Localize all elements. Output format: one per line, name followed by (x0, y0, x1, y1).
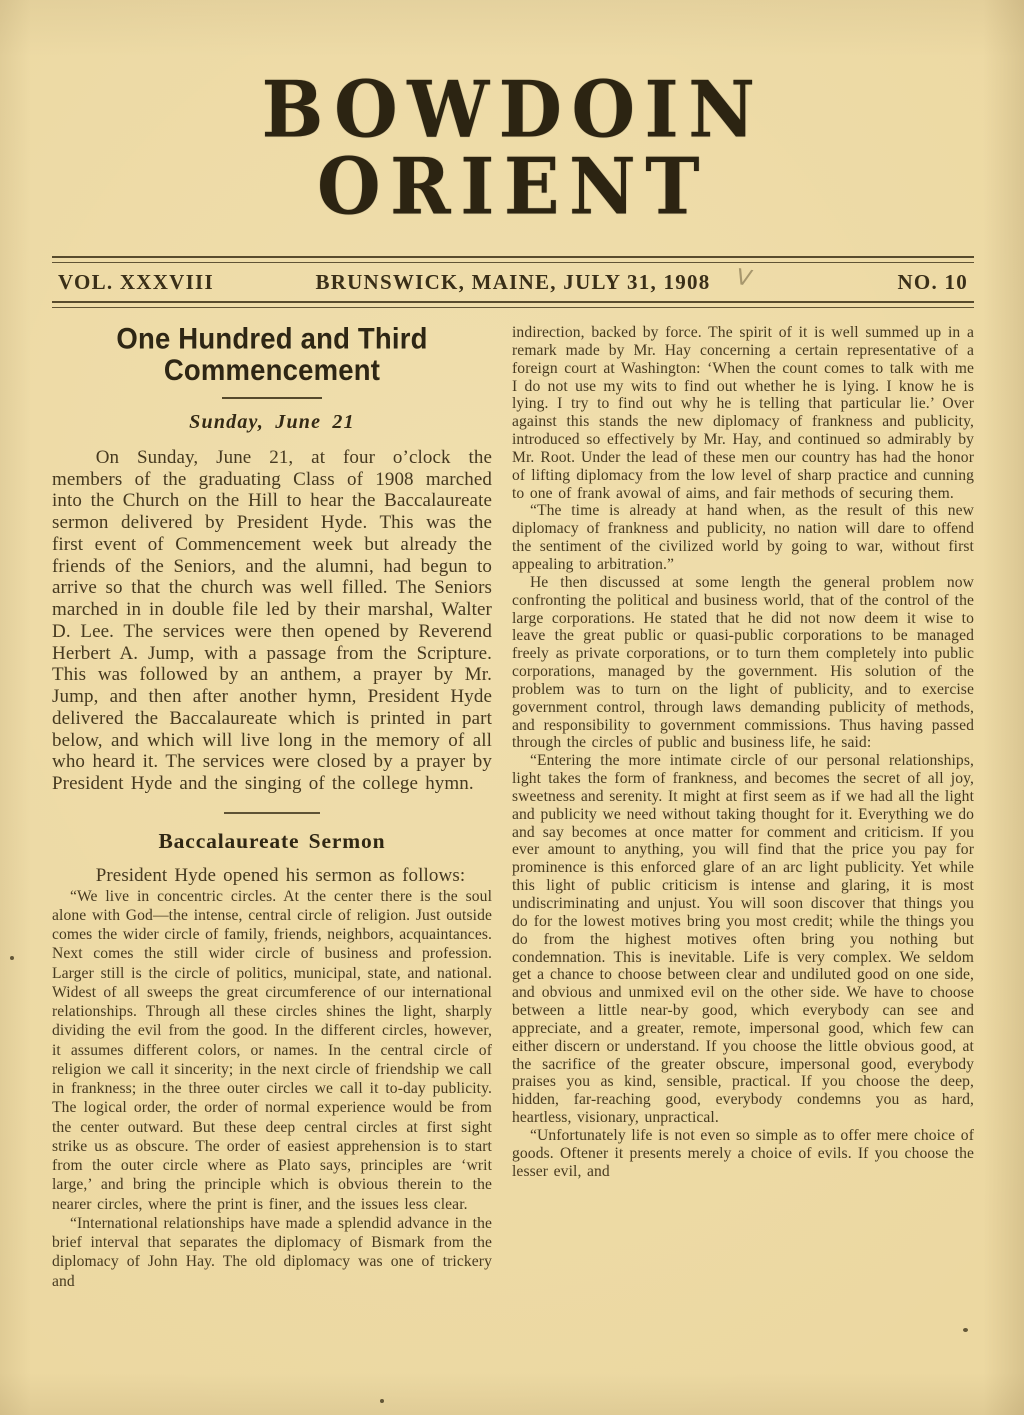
volume-label: VOL. XXXVIII (58, 270, 315, 295)
lead-paragraph: On Sunday, June 21, at four o’clock the … (52, 447, 492, 795)
section-divider-rule (224, 812, 320, 814)
sermon-intro-paragraph: President Hyde opened his sermon as foll… (52, 865, 492, 887)
article-columns: One Hundred and Third Commencement Sunda… (52, 324, 974, 1291)
right-paragraph-5: “Unfortunately life is not even so simpl… (512, 1127, 974, 1181)
right-paragraph-4: “Entering the more intimate circle of ou… (512, 752, 974, 1127)
article-title: One Hundred and Third Commencement (52, 324, 492, 386)
section-heading: Baccalaureate Sermon (52, 829, 492, 854)
right-paragraph-2: “The time is already at hand when, as th… (512, 502, 974, 573)
ink-speck (380, 1399, 384, 1403)
masthead-title: BOWDOIN ORIENT (52, 72, 974, 227)
dateline: BRUNSWICK, MAINE, JULY 31, 1908 V (315, 270, 710, 295)
sermon-paragraph: “We live in concentric circles. At the c… (52, 887, 492, 1214)
right-paragraph-3: He then discussed at some length the gen… (512, 574, 974, 752)
newspaper-page: BOWDOIN ORIENT VOL. XXXVIII BRUNSWICK, M… (0, 0, 1024, 1415)
right-column: indirection, backed by force. The spirit… (512, 324, 974, 1291)
masthead-top-rule (52, 256, 974, 263)
left-closing-paragraph: “International relationships have made a… (52, 1214, 492, 1291)
dateline-text: BRUNSWICK, MAINE, JULY 31, 1908 (315, 270, 710, 294)
right-paragraph-1: indirection, backed by force. The spirit… (512, 324, 974, 502)
ink-speck (10, 956, 14, 960)
left-column: One Hundred and Third Commencement Sunda… (52, 324, 492, 1291)
masthead-bottom-rule (52, 301, 974, 308)
day-heading: Sunday, June 21 (52, 411, 492, 434)
issue-line: VOL. XXXVIII BRUNSWICK, MAINE, JULY 31, … (52, 263, 974, 301)
title-rule (222, 397, 322, 399)
ink-speck (963, 1328, 968, 1332)
